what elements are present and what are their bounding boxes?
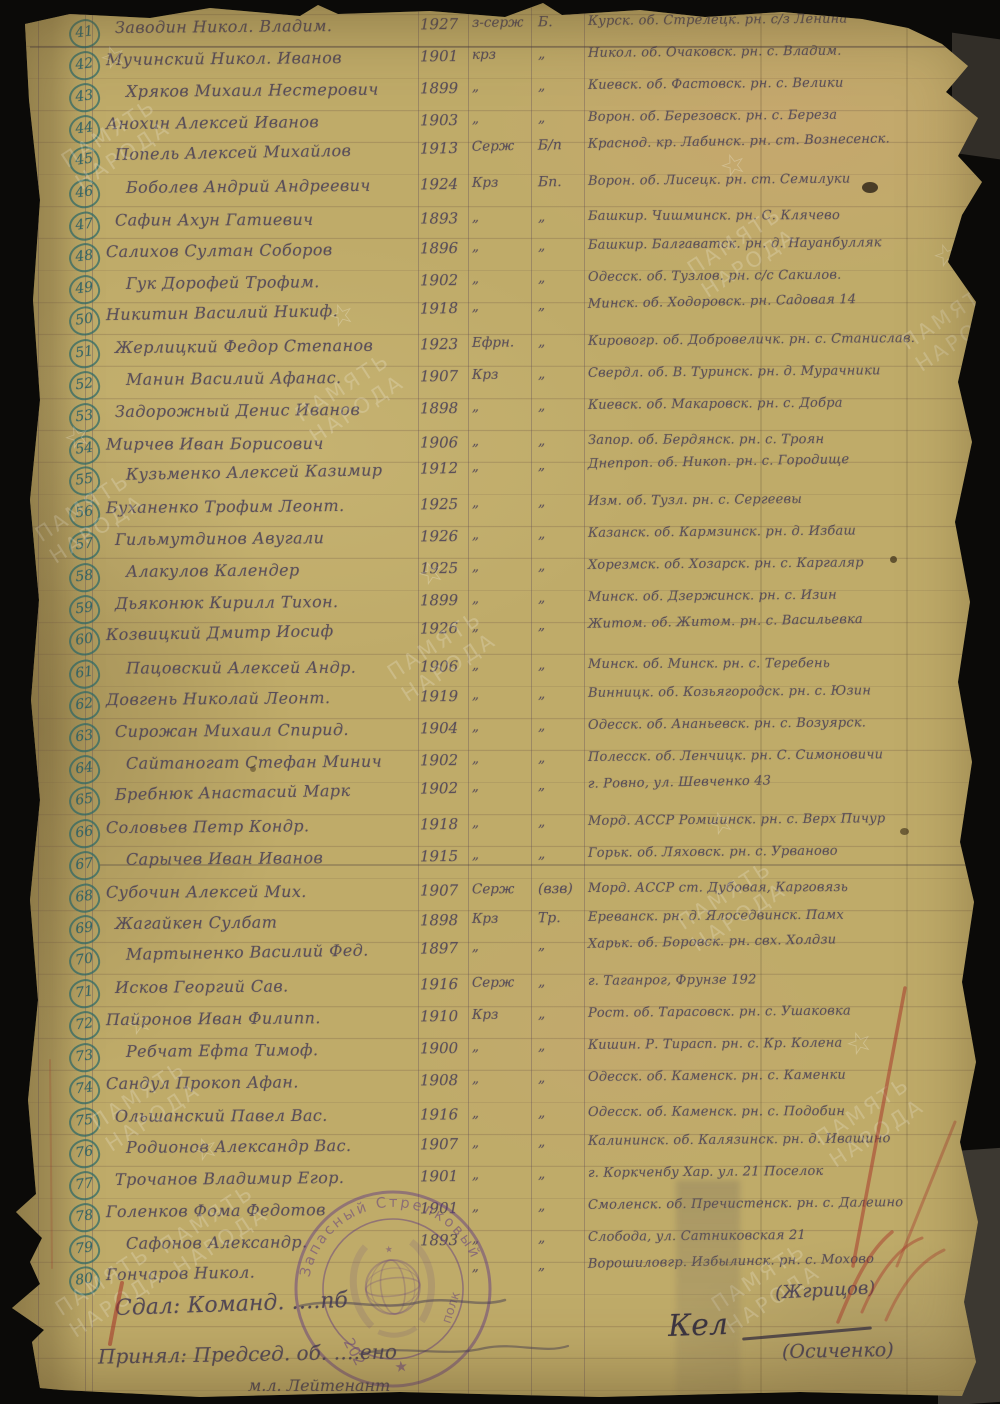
rank-note: м.л. Лейтенант [248,1376,390,1395]
name-cell: Родионов Александр Вас. [106,1135,436,1157]
year-cell: 1904 [420,719,470,737]
address-cell: Минск. об. Дзержинск. рн. с. Изин [588,586,984,604]
row-number-circle: 46 [67,177,102,210]
address-cell: Морд. АССР Ромшинск. рн. с. Верх Пичур [588,810,984,828]
year-cell: 1898 [420,399,470,417]
party-cell: „ [538,1038,584,1054]
row-number-circle: 71 [67,977,102,1010]
year-cell: 1913 [420,139,470,158]
address-cell: Изм. об. Тузл. рн. с. Сергеевы [588,490,984,508]
row-number-circle: 66 [67,817,102,850]
year-cell: 1910 [420,1007,470,1025]
rank-cell: Серж [472,974,532,991]
rank-cell: „ [472,718,532,735]
scanned-document: 41 Заводин Никол. Владим. 1927 з-серж Б.… [0,0,1000,1404]
party-cell: „ [538,78,584,94]
stamp-arc-text: Запасный Стрелковый [290,1186,484,1281]
row-number-circle: 77 [67,1169,102,1202]
address-cell: Свердл. об. В. Туринск. рн. д. Мурачники [588,362,984,380]
year-cell: 1912 [420,459,470,478]
party-cell: „ [538,657,584,673]
year-cell: 1903 [420,111,470,129]
year-cell: 1926 [420,527,470,545]
row-number-circle: 57 [67,529,102,562]
address-cell: г. Ровно, ул. Шевченко 43 [588,770,984,792]
address-cell: Ереванск. рн. д. Ялоседвинск. Памх [588,906,984,924]
name-cell: Хряков Михаил Нестерович [106,79,436,101]
name-cell: Соловьев Петр Кондр. [106,815,416,837]
row-number-cell: 70 [46,943,92,944]
name-cell: Бребнюк Анастасий Марк [106,780,425,805]
party-cell: „ [538,686,584,702]
row-number-circle: 68 [67,882,101,915]
row-number: 60 [74,630,94,648]
address-cell: Киевск. об. Фастовск. рн. с. Велики [588,74,984,92]
year-cell: 1897 [420,939,470,958]
row-number: 74 [74,1079,94,1097]
year-cell: 1916 [420,975,470,993]
address-cell: Смоленск. об. Пречистенск. рн. с. Далешн… [588,1194,984,1212]
row-number-circle: 50 [67,305,102,338]
row-number: 66 [74,823,94,841]
paper-blot [250,766,256,772]
rank-cell: „ [472,209,532,225]
row-number-circle: 51 [67,337,102,370]
party-cell: „ [538,398,584,414]
rank-cell: „ [472,778,532,795]
year-cell: 1926 [420,619,470,638]
address-cell: Слобода, ул. Сатниковская 21 [588,1226,984,1244]
name-cell: Ольшанский Павел Вас. [106,1106,425,1126]
row-number: 61 [74,664,94,682]
name-cell: Сандул Прокоп Афан. [106,1071,416,1093]
row-number-circle: 67 [67,849,102,882]
name-cell: Заводин Никол. Владим. [106,15,425,37]
rank-cell: „ [472,686,532,703]
row-number: 59 [74,599,94,617]
row-number-circle: 53 [67,401,102,434]
address-cell: Одесск. об. Каменск. рн. с. Подобин [588,1104,984,1120]
party-cell: Б. [538,14,584,30]
row-number-circle: 60 [67,625,102,658]
year-cell: 1896 [420,239,470,257]
row-number-circle: 70 [67,945,102,978]
year-cell: 1899 [420,591,470,609]
name-cell: Сирожан Михаил Спирид. [106,719,425,741]
year-cell: 1907 [420,367,470,385]
row-number-circle: 80 [67,1265,102,1298]
party-cell: „ [538,1134,584,1150]
rank-cell: крз [472,46,532,63]
row-number: 41 [74,23,94,41]
year-cell: 1902 [420,779,470,798]
row-number: 50 [74,310,94,328]
address-cell: Ворон. об. Березовск. рн. с. Береза [588,106,984,124]
row-number-circle: 47 [67,210,101,243]
rank-cell: „ [472,938,532,955]
rank-cell: „ [472,398,532,415]
year-cell: 1902 [420,271,470,289]
row-number: 49 [74,279,94,297]
row-number: 79 [74,1239,94,1257]
rank-cell: „ [472,1038,532,1055]
party-cell: „ [538,494,584,510]
party-cell: „ [538,433,584,449]
address-cell: Рост. об. Тарасовск. рн. с. Ушаковка [588,1002,984,1020]
rank-cell: Ефрн. [472,334,532,351]
party-cell: „ [538,334,584,350]
address-cell: Винницк. об. Козьягородск. рн. с. Юзин [588,682,984,700]
party-cell: (взв) [538,881,584,897]
name-cell: Субочин Алексей Мих. [106,882,416,902]
party-cell: „ [538,777,584,794]
name-cell: Буханенко Трофим Леонт. [106,495,416,517]
address-cell: Ворон. об. Лисецк. рн. ст. Семилуки [588,170,984,188]
party-cell: „ [538,1006,584,1022]
year-cell: 1893 [420,209,470,227]
row-number-circle: 69 [67,913,102,946]
name-cell: Мучинский Никол. Иванов [106,47,416,69]
party-cell: „ [538,558,584,574]
row-number: 73 [74,1047,94,1065]
row-number-circle: 64 [67,753,102,786]
party-cell: „ [538,1070,584,1086]
row-number-circle: 48 [67,241,102,274]
address-cell: Казанск. об. Кармзинск. рн. д. Избаш [588,522,984,540]
year-cell: 1927 [420,15,470,33]
address-cell: Ворошиловгр. Избылинск. рн. с. Мохово [588,1250,984,1272]
party-cell: „ [538,1198,584,1214]
name-cell: Дьяконюк Кирилл Тихон. [106,591,425,613]
row-number-circle: 65 [67,785,102,818]
year-cell: 1902 [420,751,470,769]
rank-cell: Серж [472,881,532,897]
row-number-circle: 52 [67,369,102,402]
rank-cell: Крз [472,1006,532,1023]
address-cell: Морд. АССР ст. Дубовая, Карговязь [588,880,984,896]
row-number-circle: 58 [67,561,102,594]
party-cell: „ [538,718,584,734]
address-cell: Одесск. об. Тузлов. рн. с/с Сакилов. [588,266,984,284]
row-number: 64 [74,759,94,777]
name-cell: Манин Василий Афанас. [106,367,436,389]
party-cell: „ [538,238,584,254]
party-cell: „ [538,270,584,286]
row-number-circle: 59 [67,593,102,626]
rank-cell: „ [472,526,532,543]
row-number-cell: 45 [46,143,92,144]
address-cell: Днепроп. об. Никоп. рн. с. Городище [588,450,984,472]
rank-cell: „ [472,458,532,475]
name-cell: Алакулов Календер [106,559,436,581]
row-number: 42 [74,55,94,73]
name-cell: Пацовский Алексей Андр. [106,657,436,677]
row-number-circle: 75 [67,1106,101,1139]
party-cell: „ [538,526,584,542]
party-cell: „ [538,590,584,606]
address-cell: Минск. об. Минск. рн. с. Теребень [588,656,984,672]
name-cell: Ребчат Ефта Тимоф. [106,1039,436,1061]
row-number-cell: 80 [46,1263,92,1264]
year-cell: 1925 [420,495,470,513]
rank-cell: „ [472,814,532,831]
row-number: 52 [74,375,94,393]
party-cell: „ [538,457,584,474]
year-cell: 1901 [420,47,470,65]
party-cell: „ [538,974,584,990]
row-number: 57 [74,535,94,553]
year-cell: 1918 [420,299,470,318]
rank-cell: Крз [472,910,532,927]
name-cell: Исков Георгий Сав. [106,975,425,997]
address-cell: Башкир. Балгаватск. рн. д. Науанбулляк [588,234,984,252]
row-number: 78 [74,1207,94,1225]
name-cell: Жерлицкий Федор Степанов [106,335,425,357]
row-number: 69 [74,919,94,937]
rank-cell: „ [472,433,532,449]
rank-cell: Крз [472,366,532,383]
year-cell: 1906 [420,433,470,451]
row-number: 53 [74,407,94,425]
row-number-circle: 73 [67,1041,102,1074]
rank-cell: „ [472,657,532,673]
row-number: 62 [74,695,94,713]
rank-cell: „ [472,1105,532,1121]
row-number: 54 [74,440,94,458]
address-cell: Хорезмск. об. Хозарск. рн. с. Каргаляр [588,554,984,572]
row-number-cell: 50 [46,303,92,304]
year-cell: 1898 [420,911,470,929]
party-cell: „ [538,209,584,225]
name-cell: Довгень Николай Леонт. [106,687,416,709]
row-number: 77 [74,1175,94,1193]
row-number-circle: 79 [67,1233,102,1266]
row-number: 63 [74,727,94,745]
address-cell: Одесск. об. Ананьевск. рн. с. Возуярск. [588,714,984,732]
year-cell: 1919 [420,687,470,705]
row-number: 80 [74,1270,94,1288]
name-cell: Гильмутдинов Авугали [106,527,425,549]
party-cell: „ [538,814,584,830]
row-number-circle: 49 [67,273,102,306]
rank-cell: „ [472,590,532,607]
row-number-circle: 41 [67,17,102,50]
party-cell: „ [538,1105,584,1121]
address-cell: Краснод. кр. Лабинск. рн. ст. Вознесенск… [588,130,984,152]
row-number: 44 [74,119,94,137]
year-cell: 1900 [420,1039,470,1057]
address-cell: Никол. об. Очаковск. рн. с. Владим. [588,42,984,60]
row-number-circle: 78 [67,1201,102,1234]
rank-cell: „ [472,558,532,575]
row-number-circle: 63 [67,721,102,754]
year-cell: 1923 [420,335,470,353]
address-cell: Калининск. об. Калязинск. рн. д. Ивашино [588,1130,984,1148]
year-cell: 1906 [420,657,470,675]
row-number: 45 [74,150,94,168]
name-cell: Кузьменко Алексей Казимир [106,459,436,484]
name-cell: Никитин Василий Никиф. [106,300,416,324]
name-cell: Жагайкен Сулбат [106,911,425,933]
row-number-circle: 56 [67,497,102,530]
address-cell: Кишин. Р. Тирасп. рн. с. Кр. Колена [588,1034,984,1052]
party-cell: „ [538,1166,584,1182]
name-cell: Сафин Ахун Гатиевич [106,210,425,230]
row-number: 58 [74,567,94,585]
rank-cell: Крз [472,174,532,191]
row-number-cell: 65 [46,783,92,784]
name-cell: Мирчев Иван Борисович [106,434,416,454]
address-cell: Киевск. об. Макаровск. рн. с. Добра [588,394,984,412]
row-number: 75 [74,1112,94,1130]
address-cell: Горьк. об. Ляховск. рн. с. Урваново [588,842,984,860]
row-number: 65 [74,790,94,808]
name-cell: Мартыненко Василий Фед. [106,939,436,964]
address-cell: Минск. об. Ходоровск. рн. Садовая 14 [588,290,984,312]
row-number: 48 [74,247,94,265]
address-cell: Харьк. об. Боровск. рн. свх. Холдзи [588,930,984,952]
party-cell: „ [538,46,584,62]
address-cell: Житом. об. Житом. рн. с. Васильевка [588,610,984,632]
row-number-circle: 62 [67,689,102,722]
row-number-circle: 72 [67,1009,102,1042]
year-cell: 1899 [420,79,470,97]
row-number: 55 [74,470,94,488]
party-cell: „ [538,937,584,954]
name-cell: Сарычев Иван Иванов [106,847,436,869]
name-cell: Салихов Султан Соборов [106,239,416,261]
party-cell: „ [538,366,584,382]
rank-cell: „ [472,270,532,287]
year-cell: 1924 [420,175,470,193]
rank-cell: „ [472,1134,532,1151]
row-number: 71 [74,983,94,1001]
address-cell: Полесск. об. Ленчицк. рн. С. Симоновичи [588,746,984,764]
row-number-circle: 76 [67,1137,102,1170]
name-cell: Анохин Алексей Иванов [106,111,416,133]
party-cell: „ [538,1257,584,1274]
row-number: 72 [74,1015,94,1033]
document-page: 41 Заводин Никол. Владим. 1927 з-серж Б.… [0,0,1000,1404]
row-number: 51 [74,343,94,361]
name-cell: Боболев Андрий Андреевич [106,175,436,197]
party-cell: „ [538,750,584,766]
rank-cell: „ [472,110,532,127]
row-number: 46 [74,183,94,201]
party-cell: „ [538,1230,584,1246]
paper-blot [862,182,878,193]
row-number: 67 [74,855,94,873]
address-cell: Запор. об. Бердянск. рн. с. Троян [588,432,984,448]
rank-cell: Серж [472,138,532,155]
rank-cell: „ [472,750,532,767]
rank-cell: „ [472,78,532,95]
party-cell: Тр. [538,910,584,926]
party-cell: Бп. [538,174,584,190]
name-cell: Пайронов Иван Филипп. [106,1007,416,1029]
signature-name: (Жгрицов) [775,1277,876,1303]
row-number-circle: 55 [67,465,102,498]
rank-cell: „ [472,846,532,863]
row-number-circle: 45 [67,145,102,178]
svg-text:Запасный Стрелковый: Запасный Стрелковый [290,1186,484,1281]
row-number-circle: 44 [67,113,102,146]
year-cell: 1918 [420,815,470,833]
address-cell: Башкир. Чишминск. рн. С. Клячево [588,208,984,224]
address-cell: Одесск. об. Каменск. рн. с. Каменки [588,1066,984,1084]
row-number: 43 [74,87,94,105]
row-number-circle: 42 [67,49,102,82]
year-cell: 1908 [420,1071,470,1089]
name-cell: Попель Алексей Михайлов [106,140,425,165]
row-number-circle: 61 [67,658,101,691]
party-cell: „ [538,297,584,314]
name-cell: Задорожный Денис Иванов [106,399,425,421]
address-cell: г. Таганрог, Фрунзе 192 [588,970,984,988]
signature-name: (Осиченко) [782,1339,894,1363]
row-number-cell: 60 [46,623,92,624]
rank-cell: „ [472,298,532,315]
year-cell: 1907 [420,1135,470,1153]
party-cell: „ [538,846,584,862]
rank-cell: „ [472,238,532,255]
address-cell: Курск. об. Стрелецк. рн. с/з Ленина [588,10,984,28]
rank-cell: „ [472,618,532,635]
year-cell: 1925 [420,559,470,577]
year-cell: 1916 [420,1105,470,1123]
party-cell: „ [538,617,584,634]
paper-smudge [676,1180,740,1404]
signature-autograph: Кел [667,1307,728,1344]
rank-cell: „ [472,494,532,511]
name-cell: Сайтаногат Стефан Минич [106,751,436,773]
rank-cell: з-серж [472,14,532,31]
paper-blot [900,828,909,835]
paper-blot [890,556,897,563]
party-cell: „ [538,110,584,126]
rank-cell: „ [472,1070,532,1087]
row-number: 47 [74,216,94,234]
row-number-cell: 55 [46,463,92,464]
row-number: 56 [74,503,94,521]
row-number: 76 [74,1143,94,1161]
name-cell: Гук Дорофей Трофим. [106,271,436,293]
address-cell: г. Коркченбу Хар. ул. 21 Поселок [588,1162,984,1180]
stamp-emblem-star-icon: ★ [384,1245,393,1256]
party-cell: Б/п [538,137,584,154]
row-number: 70 [74,950,94,968]
row-number-circle: 43 [67,81,102,114]
row-number: 68 [74,888,94,906]
address-cell: Кировогр. об. Добровеличк. рн. с. Станис… [588,330,984,348]
name-cell: Козвицкий Дмитр Иосиф [106,620,416,644]
year-cell: 1907 [420,881,470,899]
year-cell: 1915 [420,847,470,865]
row-number-circle: 74 [67,1073,102,1106]
